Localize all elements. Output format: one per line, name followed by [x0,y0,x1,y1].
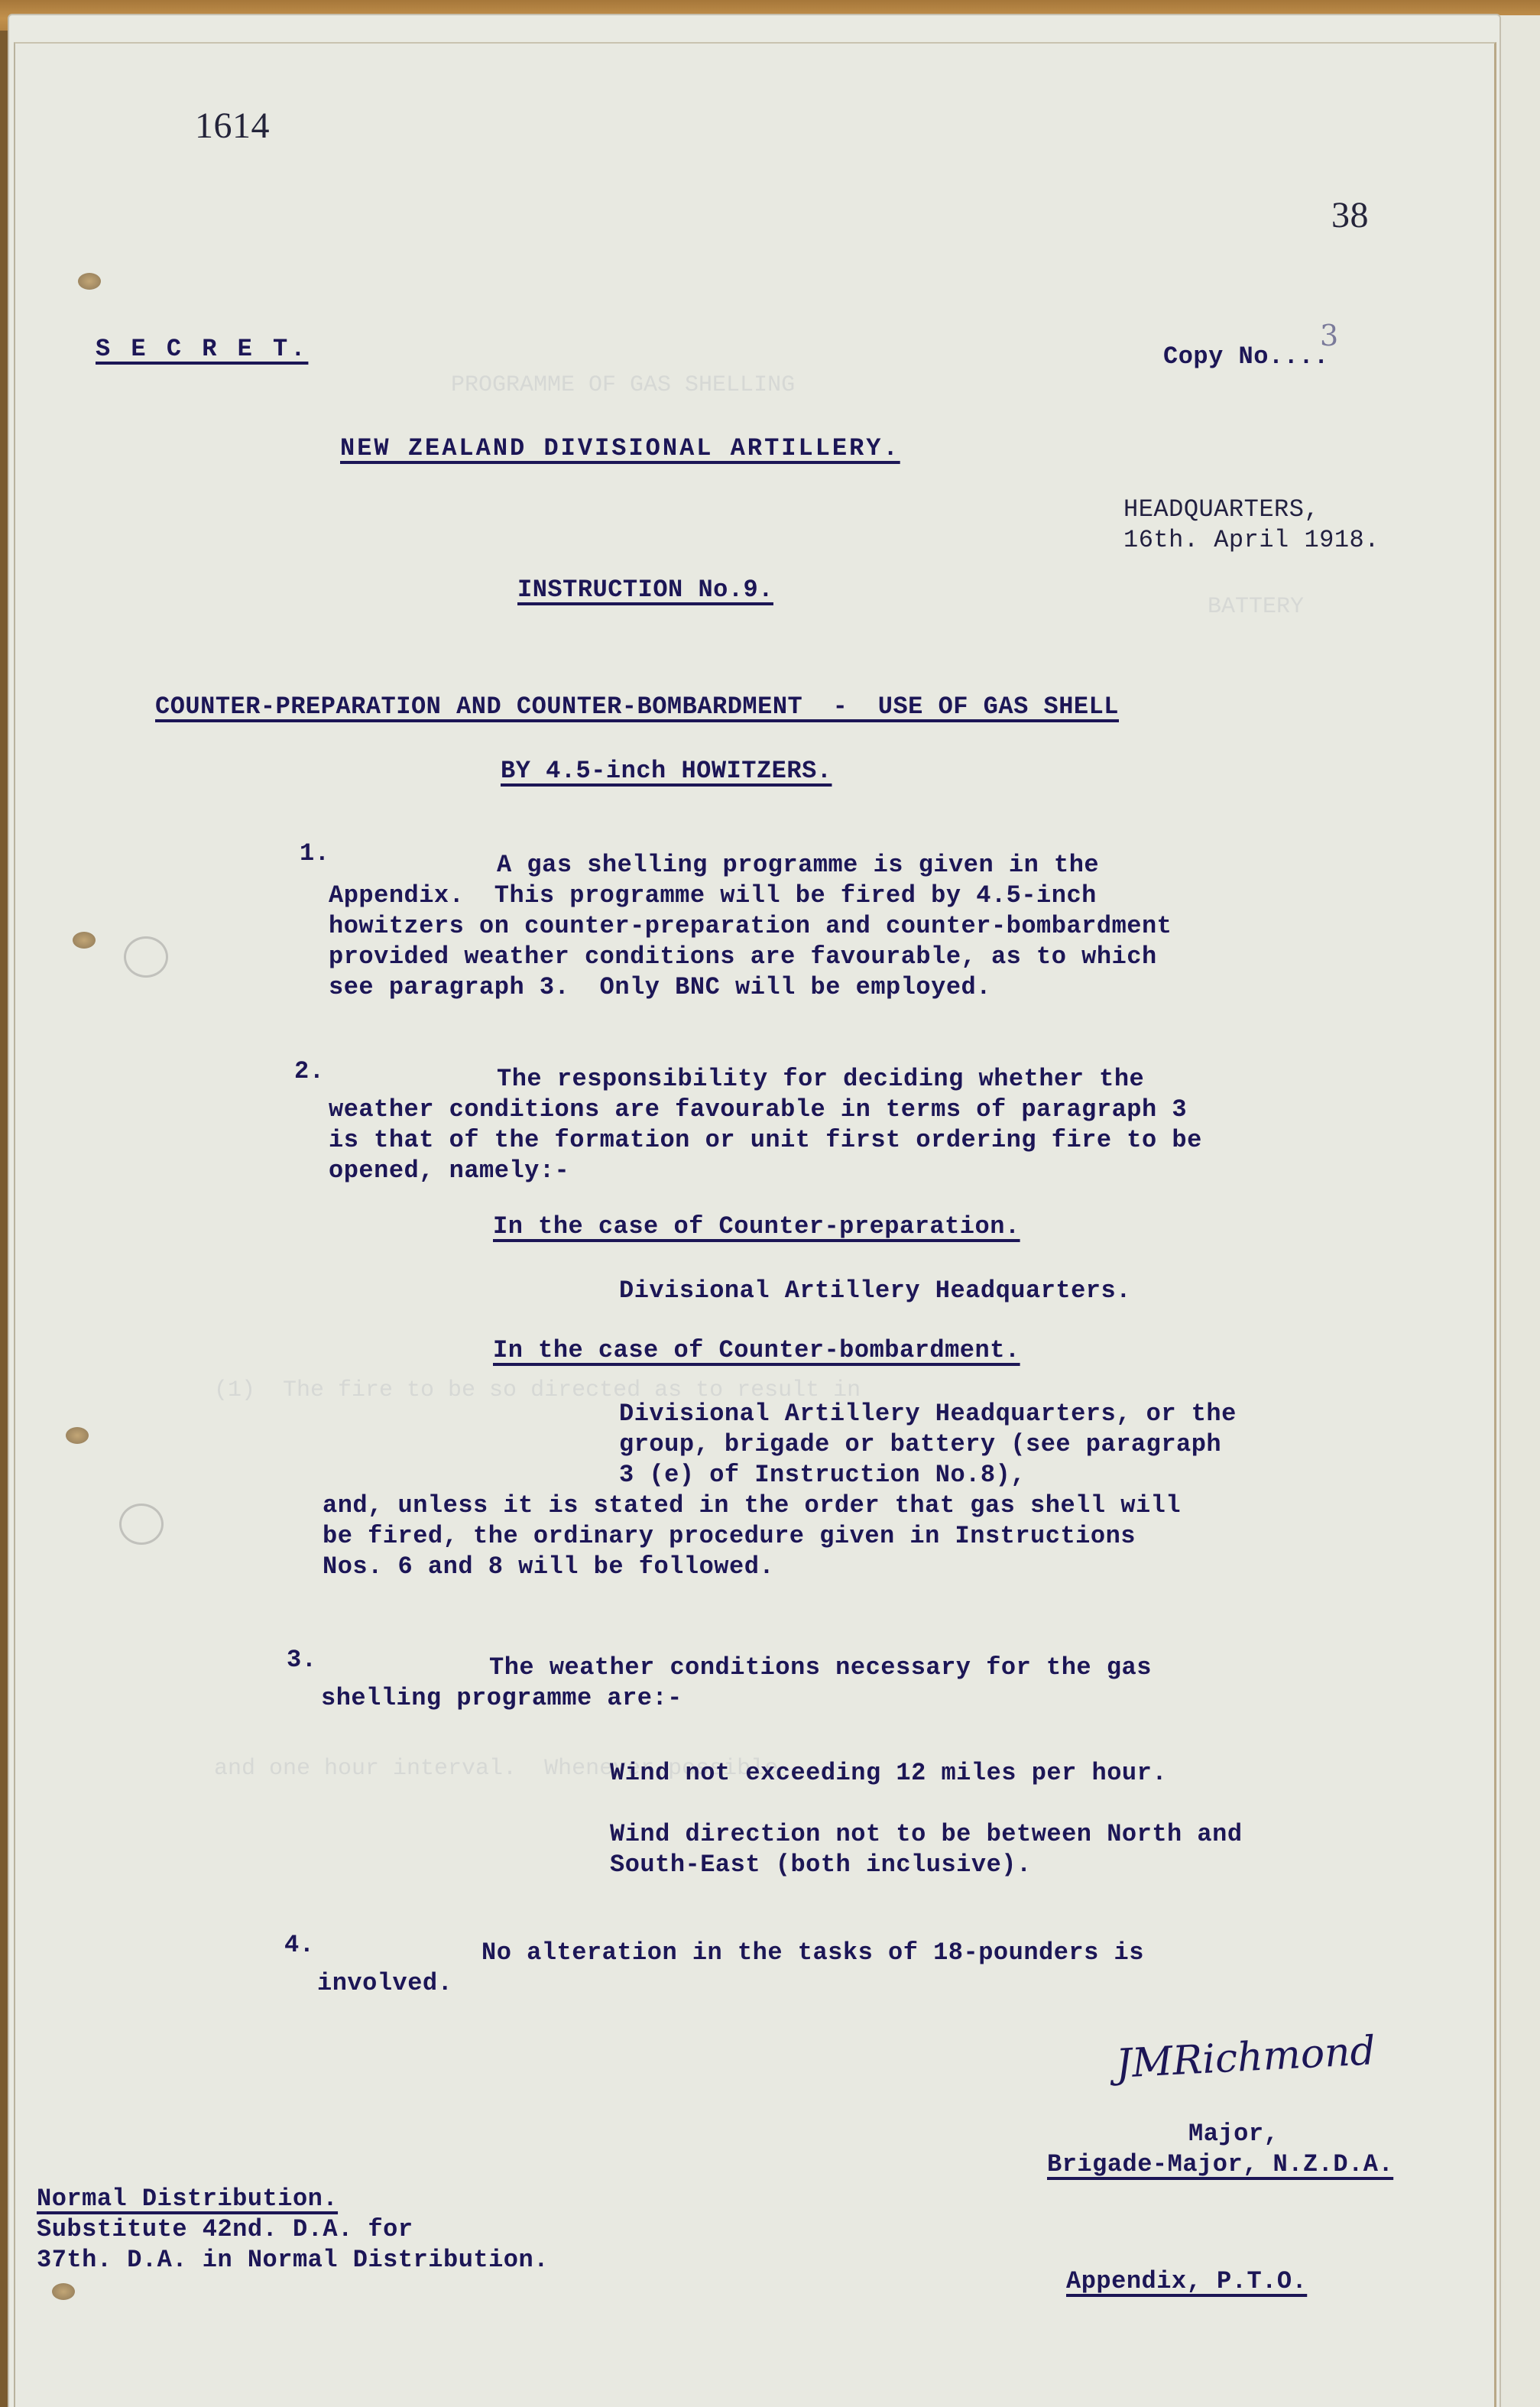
document-page: PROGRAMME OF GAS SHELLING BATTERY (1) Th… [14,42,1496,2407]
paragraph-line: is that of the formation or unit first o… [329,1125,1202,1156]
paragraph-line: Nos. 6 and 8 will be followed. [323,1552,774,1582]
paragraph-line: Appendix. This programme will be fired b… [329,881,1097,911]
serial-number: 1614 [195,111,270,141]
punch-hole-icon [52,2283,75,2300]
paragraph-line: No alteration in the tasks of 18-pounder… [481,1938,1144,1968]
paragraph-line: be fired, the ordinary procedure given i… [323,1521,1136,1552]
case-body-line: Divisional Artillery Headquarters. [619,1276,1131,1306]
handwritten-signature: JMRichmond [1115,2028,1377,2087]
subject-line-1: COUNTER-PREPARATION AND COUNTER-BOMBARDM… [155,692,1119,722]
punch-ring-mark-icon [124,936,168,978]
case-body-line: Divisional Artillery Headquarters, or th… [619,1399,1237,1429]
paragraph-line: opened, namely:- [329,1156,569,1186]
weather-condition-line: Wind not exceeding 12 miles per hour. [610,1758,1167,1789]
case-heading-counter-preparation: In the case of Counter-preparation. [493,1212,1020,1242]
paragraph-line: shelling programme are:- [321,1683,682,1714]
punch-hole-icon [73,932,96,949]
punch-ring-mark-icon [119,1504,164,1545]
paragraph-number: 3. [287,1645,316,1675]
paragraph-line: see paragraph 3. Only BNC will be employ… [329,972,991,1003]
paragraph-line: provided weather conditions are favourab… [329,942,1157,972]
copy-number-label: Copy No.... [1163,342,1329,372]
punch-hole-icon [78,273,101,290]
issue-date: 16th. April 1918. [1123,525,1380,556]
weather-condition-line: Wind direction not to be between North a… [610,1819,1243,1850]
paragraph-line: The responsibility for deciding whether … [497,1064,1144,1095]
signatory-title: Brigade-Major, N.Z.D.A. [1047,2149,1393,2180]
paragraph-number: 4. [284,1930,314,1961]
case-body-line: 3 (e) of Instruction No.8), [619,1460,1026,1491]
distribution-line: 37th. D.A. in Normal Distribution. [37,2245,549,2276]
distribution-line: Substitute 42nd. D.A. for [37,2214,413,2245]
copy-number-handwritten: 3 [1320,320,1339,351]
origin-line-1: HEADQUARTERS, [1123,495,1319,525]
paragraph-line: and, unless it is stated in the order th… [323,1491,1181,1521]
signatory-rank: Major, [1188,2119,1279,2149]
paragraph-number: 2. [294,1056,324,1087]
paragraph-line: A gas shelling programme is given in the [497,850,1099,881]
appendix-pto-note: Appendix, P.T.O. [1066,2266,1307,2297]
punch-hole-icon [66,1427,89,1444]
case-body-line: group, brigade or battery (see paragraph [619,1429,1221,1460]
folio-number: 38 [1331,200,1369,231]
weather-condition-line: South-East (both inclusive). [610,1850,1032,1880]
paragraph-number: 1. [300,839,329,869]
paragraph-line: involved. [317,1968,452,1999]
organization-heading: NEW ZEALAND DIVISIONAL ARTILLERY. [340,433,900,464]
distribution-heading: Normal Distribution. [37,2184,338,2214]
subject-line-2: BY 4.5-inch HOWITZERS. [501,756,832,787]
instruction-title: INSTRUCTION No.9. [517,575,773,605]
case-heading-counter-bombardment: In the case of Counter-bombardment. [493,1335,1020,1366]
paragraph-line: weather conditions are favourable in ter… [329,1095,1187,1125]
classification-marking: S E C R E T. [96,334,308,365]
paragraph-line: howitzers on counter-preparation and cou… [329,911,1172,942]
paragraph-line: The weather conditions necessary for the… [489,1653,1152,1683]
